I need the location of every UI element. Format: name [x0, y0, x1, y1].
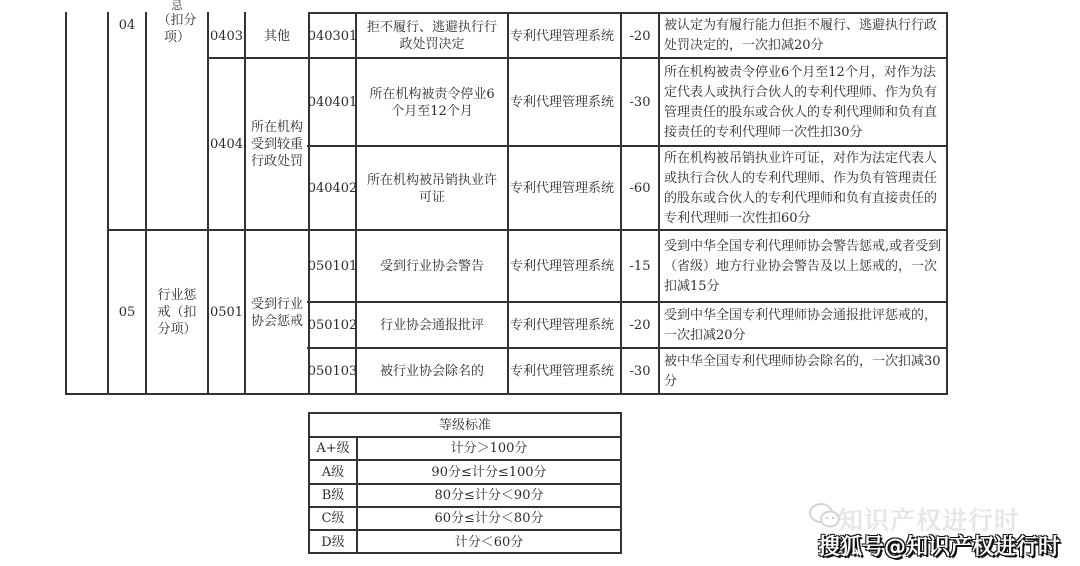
group-category: （扣分 项）	[147, 12, 207, 58]
grade-label: A级	[310, 461, 356, 483]
score: -30	[622, 349, 658, 394]
description: 被中华全国专利代理师协会除名的，一次扣减30分	[660, 349, 946, 394]
item-code: 050103	[310, 349, 355, 394]
item-name: 所在机构被吊销执业许可证	[357, 147, 507, 230]
sub-name: 受到行业协会惩戒	[246, 231, 308, 394]
score: -30	[622, 59, 658, 146]
grade-criteria: 计分＞100分	[358, 438, 620, 459]
item-name: 受到行业协会警告	[357, 231, 507, 302]
description: 受到中华全国专利代理师协会通报批评惩戒的，一次扣减20分	[660, 303, 946, 348]
item-code: 040301	[310, 14, 355, 58]
score: -20	[622, 303, 658, 348]
grade-criteria: 90分≤计分≤100分	[358, 461, 620, 483]
item-code: 040402	[310, 147, 355, 230]
table-border-right	[946, 12, 948, 395]
grade-criteria: 计分＜60分	[358, 531, 620, 553]
sub-code: 0501	[209, 231, 244, 394]
item-code: 040401	[310, 59, 355, 146]
score: -15	[622, 231, 658, 302]
description: 被认定为有履行能力但拒不履行、逃避执行行政处罚决定的，一次扣减20分	[660, 14, 946, 58]
grade-criteria: 60分≤计分＜80分	[358, 508, 620, 529]
grade-label: A+级	[310, 438, 356, 459]
data-source: 专利代理管理系统	[509, 147, 620, 230]
group-category: 行业惩戒（扣分项）	[147, 231, 207, 394]
group-code: 05	[109, 231, 145, 394]
item-code: 050102	[310, 303, 355, 348]
description: 所在机构被吊销执业许可证，对作为法定代表人或执行合伙人的专利代理师、作为负有管理…	[660, 147, 946, 230]
grade-label: D级	[310, 531, 356, 553]
grade-table-title: 等级标准	[310, 414, 620, 436]
grade-label: C级	[310, 508, 356, 529]
data-source: 专利代理管理系统	[509, 14, 620, 58]
item-name: 所在机构被责令停业6个月至12个月	[357, 59, 507, 146]
data-source: 专利代理管理系统	[509, 59, 620, 146]
grade-label: B级	[310, 485, 356, 506]
grade-criteria: 80分≤计分＜90分	[358, 485, 620, 506]
watermark-source: 搜狐号@知识产权进行时	[818, 530, 1060, 561]
group-code: 04	[109, 12, 145, 38]
data-source: 专利代理管理系统	[509, 303, 620, 348]
score: -20	[622, 14, 658, 58]
data-source: 专利代理管理系统	[509, 231, 620, 302]
description: 所在机构被责令停业6个月至12个月，对作为法定代表人或执行合伙人的专利代理师、作…	[660, 59, 946, 146]
sub-name: 所在机构受到较重行政处罚	[246, 59, 308, 230]
sub-code: 0403	[209, 14, 244, 58]
score: -60	[622, 147, 658, 230]
description: 受到中华全国专利代理师协会警告惩戒,或者受到（省级）地方行业协会警告及以上惩戒的…	[660, 231, 946, 302]
sub-name: 其他	[246, 14, 308, 58]
item-name: 拒不履行、逃避执行行政处罚决定	[357, 14, 507, 58]
data-source: 专利代理管理系统	[509, 349, 620, 394]
item-name: 行业协会通报批评	[357, 303, 507, 348]
group-category-label: （扣分 项）	[157, 12, 196, 46]
item-code: 050101	[310, 231, 355, 302]
table-border-left	[65, 12, 67, 395]
sub-code: 0404	[209, 59, 244, 230]
item-name: 被行业协会除名的	[357, 349, 507, 394]
